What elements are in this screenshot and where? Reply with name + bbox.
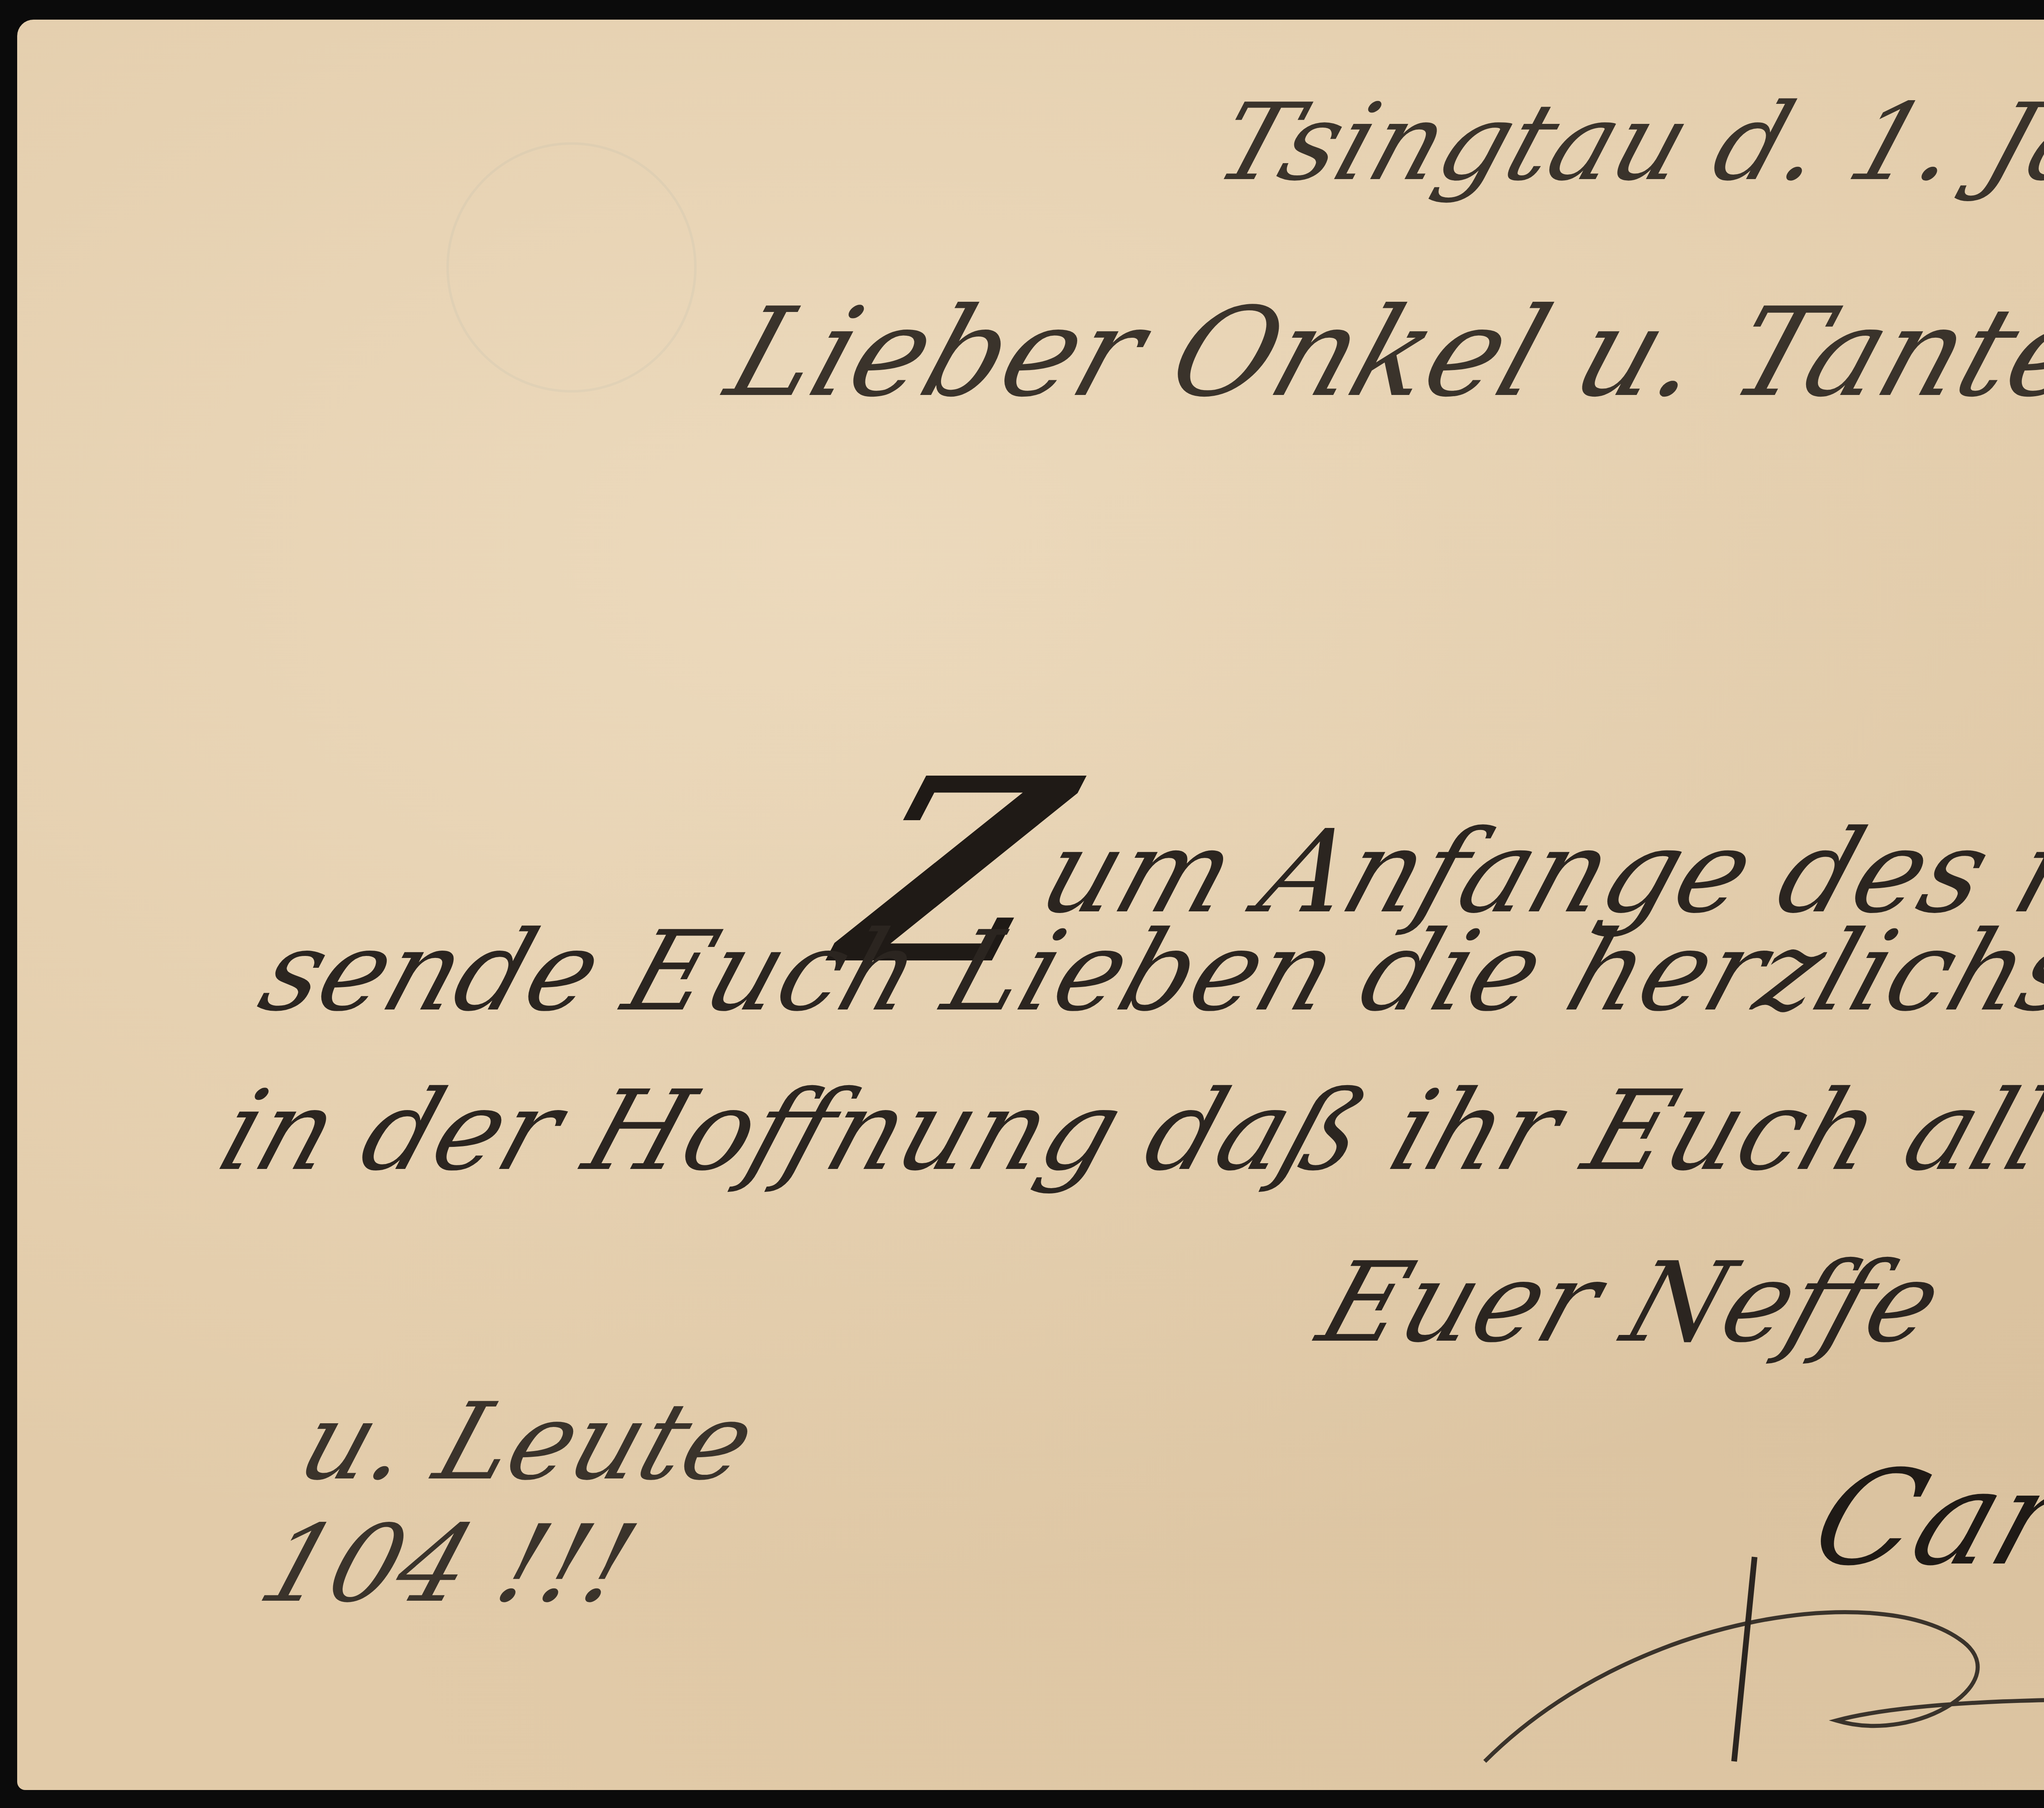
- closing: Euer Neffe: [1305, 1238, 1957, 1367]
- margin-note: u. Leute 104 !!!: [246, 1381, 769, 1626]
- signature-flourish: [1468, 1532, 2044, 1778]
- postcard: Tsingtau d. 1. Januar 1902 Lieber Onkel …: [17, 20, 2044, 1790]
- date-line: Tsingtau d. 1. Januar 1902: [1203, 81, 2044, 204]
- margin-note-line-1: u. Leute: [286, 1381, 769, 1503]
- salutation: Lieber Onkel u. Tante!: [712, 281, 2044, 424]
- margin-note-line-2: 104 !!!: [246, 1503, 729, 1626]
- body-line-2: sende Euch Lieben die herzlichsten Grüße: [246, 907, 2044, 1036]
- body-line-3: in der Hoffnung daß ihr Euch alle wohl: [205, 1066, 2044, 1195]
- faint-postmark-circle: [446, 142, 697, 393]
